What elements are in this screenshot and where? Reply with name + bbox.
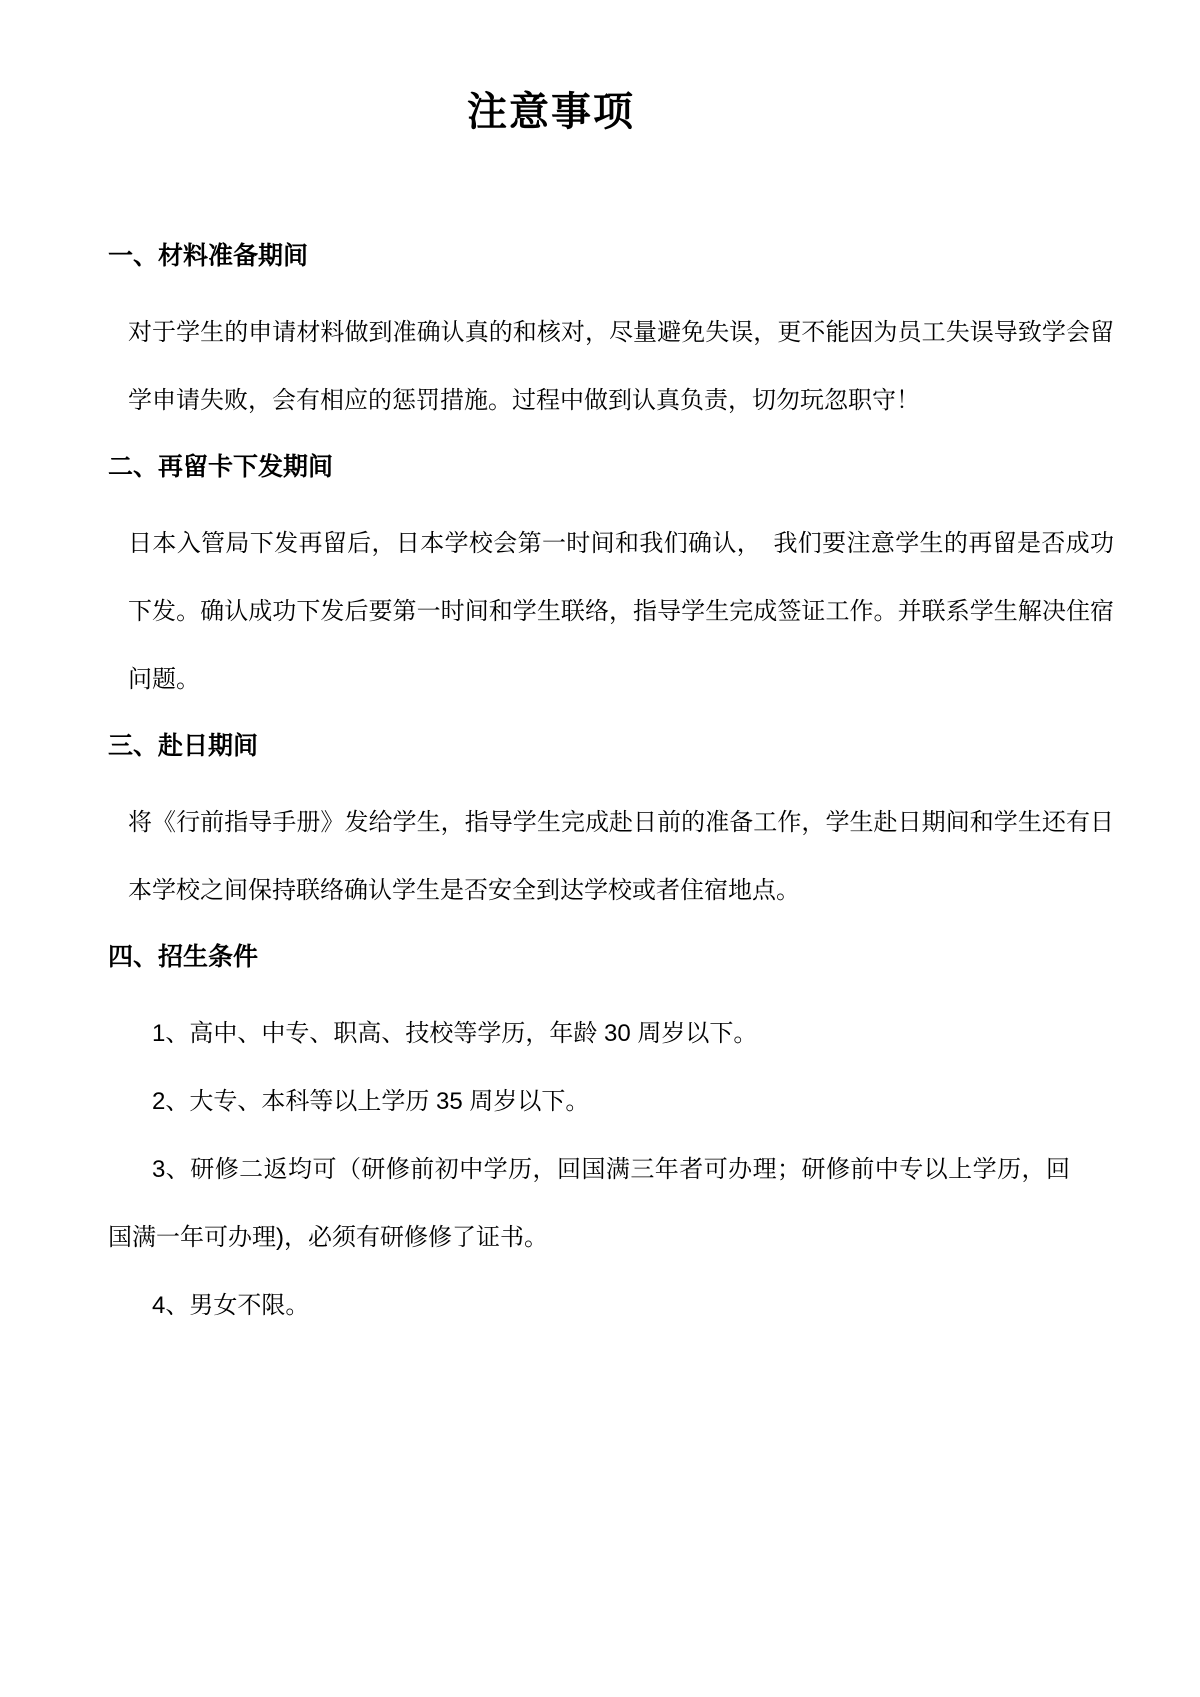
section-1-heading: 一、材料准备期间 xyxy=(108,240,1114,273)
section-material-preparation: 一、材料准备期间 对于学生的申请材料做到准确认真的和核对，尽量避免失误，更不能因… xyxy=(108,240,1114,435)
section-departure-to-japan: 三、赴日期间 将《行前指导手册》发给学生，指导学生完成赴日前的准备工作，学生赴日… xyxy=(108,730,1114,925)
section-admission-requirements: 四、招生条件 1、高中、中专、职高、技校等学历，年龄 30 周岁以下。 2、大专… xyxy=(108,941,1114,1340)
section-residence-card-issuance: 二、再留卡下发期间 日本入管局下发再留后，日本学校会第一时间和我们确认， 我们要… xyxy=(108,451,1114,714)
document-page: 注意事项 一、材料准备期间 对于学生的申请材料做到准确认真的和核对，尽量避免失误… xyxy=(0,0,1200,1697)
admission-requirement-item-3: 3、研修二返均可（研修前初中学历，回国满三年者可办理；研修前中专以上学历，回国满… xyxy=(108,1136,1070,1272)
page-title: 注意事项 xyxy=(108,88,994,136)
admission-requirement-item-2: 2、大专、本科等以上学历 35 周岁以下。 xyxy=(108,1068,1070,1136)
section-4-heading: 四、招生条件 xyxy=(108,941,1114,974)
section-2-heading: 二、再留卡下发期间 xyxy=(108,451,1114,484)
admission-requirement-item-4: 4、男女不限。 xyxy=(108,1272,1070,1340)
admission-requirement-item-1: 1、高中、中专、职高、技校等学历，年龄 30 周岁以下。 xyxy=(108,1000,1070,1068)
section-1-paragraph: 对于学生的申请材料做到准确认真的和核对，尽量避免失误，更不能因为员工失误导致学会… xyxy=(128,299,1114,435)
section-3-paragraph: 将《行前指导手册》发给学生，指导学生完成赴日前的准备工作，学生赴日期间和学生还有… xyxy=(128,789,1114,925)
section-2-paragraph: 日本入管局下发再留后，日本学校会第一时间和我们确认， 我们要注意学生的再留是否成… xyxy=(128,510,1114,714)
section-3-heading: 三、赴日期间 xyxy=(108,730,1114,763)
